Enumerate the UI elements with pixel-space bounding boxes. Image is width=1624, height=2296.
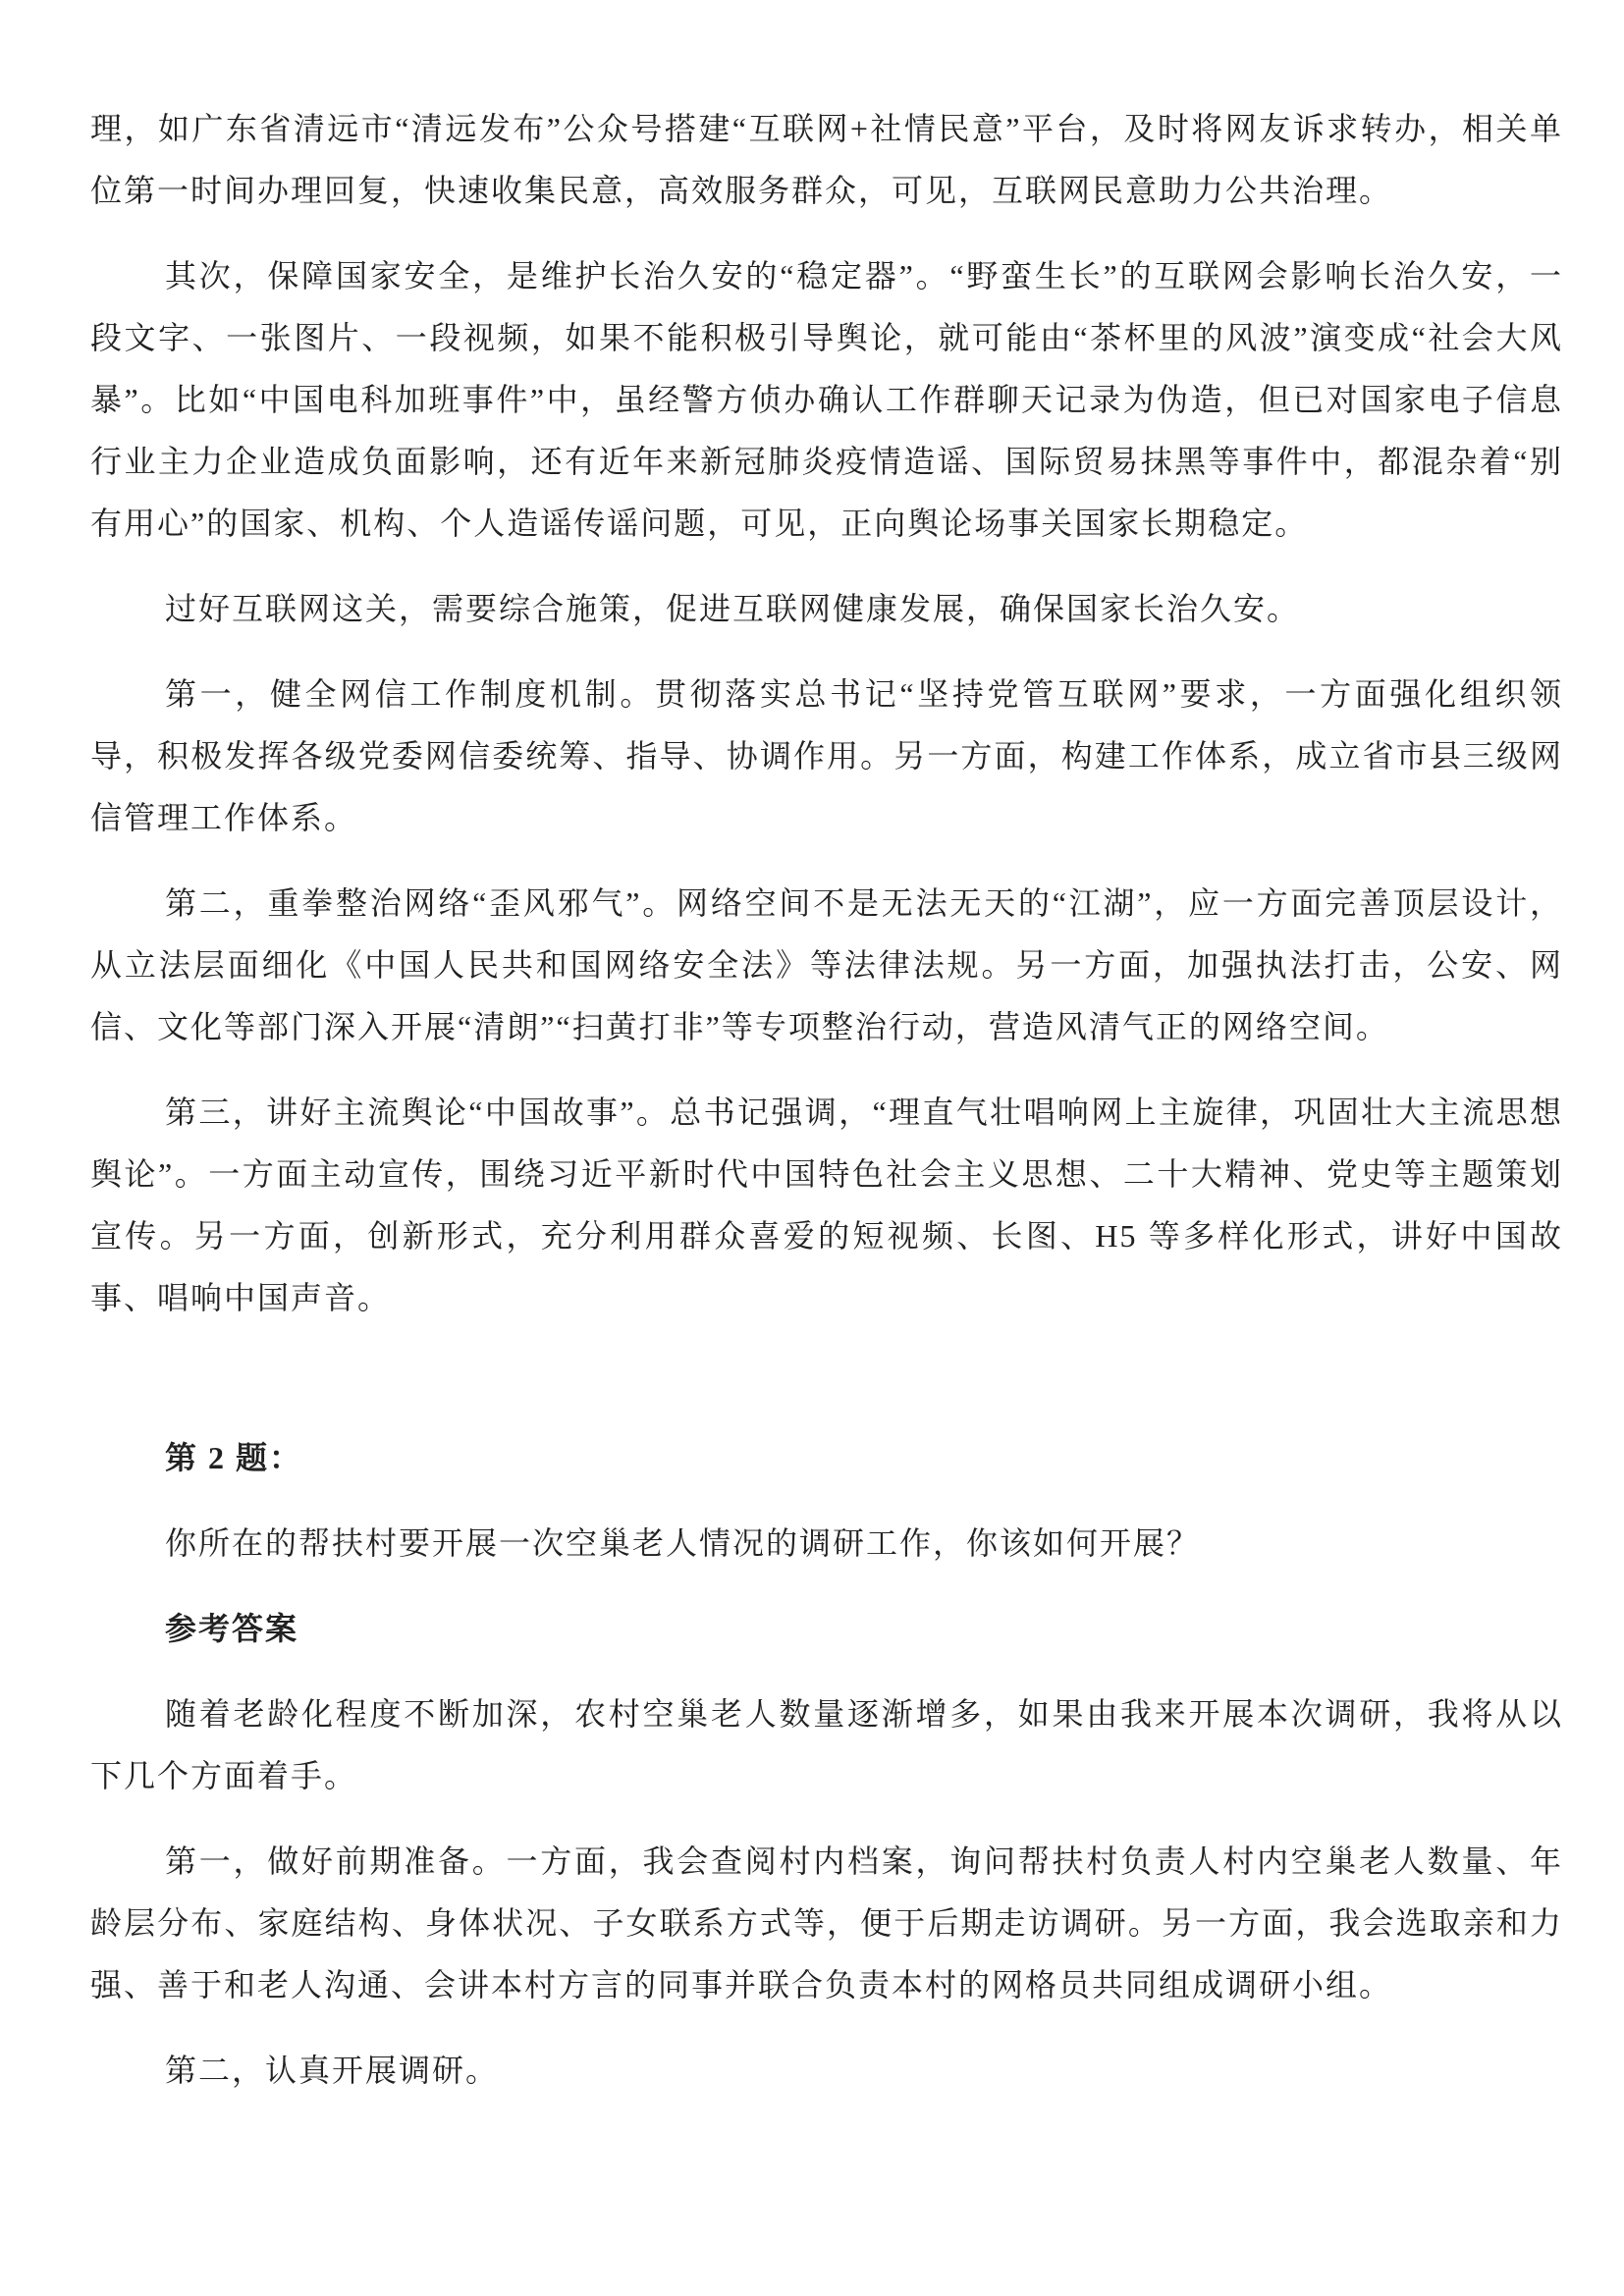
body-paragraph-continuation: 理，如广东省清远市“清远发布”公众号搭建“互联网+社情民意”平台，及时将网友诉求…: [90, 98, 1563, 222]
body-paragraph: 其次，保障国家安全，是维护长治久安的“稳定器”。“野蛮生长”的互联网会影响长治久…: [90, 245, 1563, 555]
body-paragraph: 过好互联网这关，需要综合施策，促进互联网健康发展，确保国家长治久安。: [90, 578, 1563, 640]
body-paragraph: 第二，重拳整治网络“歪风邪气”。网络空间不是无法无天的“江湖”，应一方面完善顶层…: [90, 873, 1563, 1058]
question-2-heading: 第 2 题：: [90, 1427, 1563, 1489]
question-2-text: 你所在的帮扶村要开展一次空巢老人情况的调研工作，你该如何开展？: [90, 1513, 1563, 1575]
answer-paragraph: 第二，认真开展调研。: [90, 2040, 1563, 2102]
body-paragraph: 第三，讲好主流舆论“中国故事”。总书记强调，“理直气壮唱响网上主旋律，巩固壮大主…: [90, 1082, 1563, 1329]
answer-paragraph: 第一，做好前期准备。一方面，我会查阅村内档案，询问帮扶村负责人村内空巢老人数量、…: [90, 1831, 1563, 2016]
answer-paragraph: 随着老龄化程度不断加深，农村空巢老人数量逐渐增多，如果由我来开展本次调研，我将从…: [90, 1683, 1563, 1807]
body-paragraph: 第一，健全网信工作制度机制。贯彻落实总书记“坚持党管互联网”要求，一方面强化组织…: [90, 664, 1563, 849]
reference-answer-heading: 参考答案: [90, 1598, 1563, 1660]
document-page: 理，如广东省清远市“清远发布”公众号搭建“互联网+社情民意”平台，及时将网友诉求…: [0, 0, 1624, 2296]
